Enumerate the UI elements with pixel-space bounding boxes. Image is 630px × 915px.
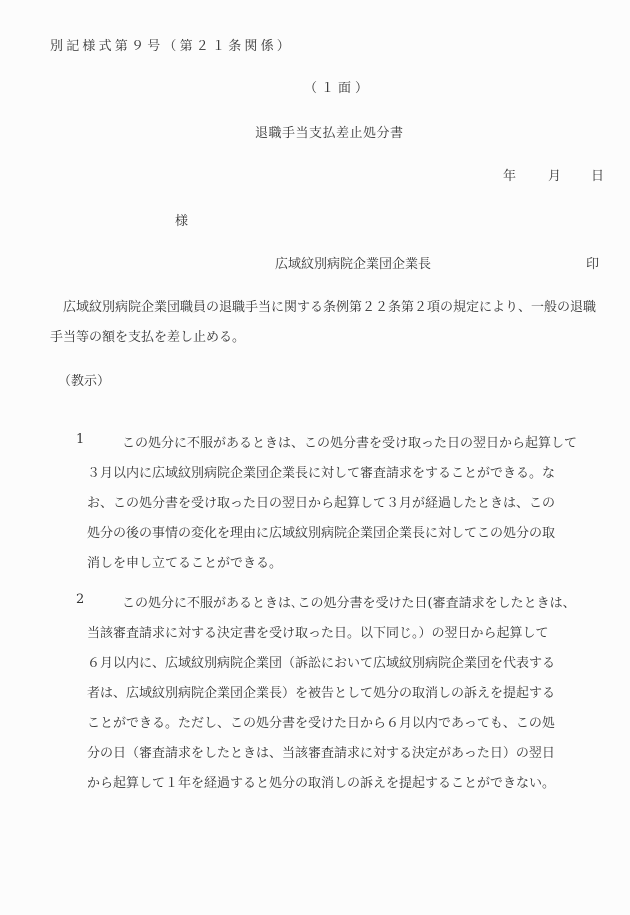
- notice-line: お、この処分書を受け取った日の翌日から起算して３月が経過したときは、この: [87, 492, 555, 511]
- notice-item-number: 1: [76, 432, 84, 447]
- date-year-label: 年: [503, 165, 516, 184]
- document-title: 退職手当支払差止処分書: [255, 122, 404, 141]
- body-paragraph: 広域紋別病院企業団職員の退職手当に関する条例第２２条第２項の規定により、一般の退…: [50, 293, 606, 353]
- page-side-label: （１面）: [304, 77, 372, 96]
- date-month-label: 月: [548, 165, 561, 184]
- addressee-suffix: 様: [175, 210, 188, 229]
- date-day-label: 日: [591, 165, 604, 184]
- seal-mark: 印: [586, 253, 599, 272]
- notice-line: 当該審査請求に対する決定書を受け取った日。以下同じ。）の翌日から起算して: [87, 622, 549, 641]
- notice-line: から起算して１年を経過すると処分の取消しの訴えを提起することができない。: [87, 772, 555, 791]
- notice-line: 者は、広域紋別病院企業団企業長）を被告として処分の取消しの訴えを提起する: [87, 682, 555, 701]
- notice-heading: （教示）: [58, 370, 110, 389]
- form-identifier: 別記様式第９号（第２１条関係）: [50, 35, 293, 54]
- notice-line: ３月以内に広域紋別病院企業団企業長に対して審査請求をすることができる。な: [87, 462, 555, 481]
- notice-line: この処分に不服があるときは､この処分書を受けた日(審査請求をしたときは、: [122, 592, 576, 611]
- notice-line: 処分の後の事情の変化を理由に広域紋別病院企業団企業長に対してこの処分の取: [87, 522, 555, 541]
- issuer-name: 広域紋別病院企業団企業長: [275, 253, 431, 272]
- notice-line: 消しを申し立てることができる。: [87, 552, 282, 571]
- notice-item-number: 2: [76, 592, 84, 607]
- notice-line: ことができる。ただし、この処分書を受けた日から６月以内であっても、この処: [87, 712, 555, 731]
- notice-line: ６月以内に、広域紋別病院企業団（訴訟において広域紋別病院企業団を代表する: [87, 652, 555, 671]
- notice-line: 分の日（審査請求をしたときは、当該審査請求に対する決定があった日）の翌日: [87, 742, 555, 761]
- notice-line: この処分に不服があるときは、この処分書を受け取った日の翌日から起算して: [122, 432, 577, 451]
- date-field: 年 月 日: [503, 165, 613, 183]
